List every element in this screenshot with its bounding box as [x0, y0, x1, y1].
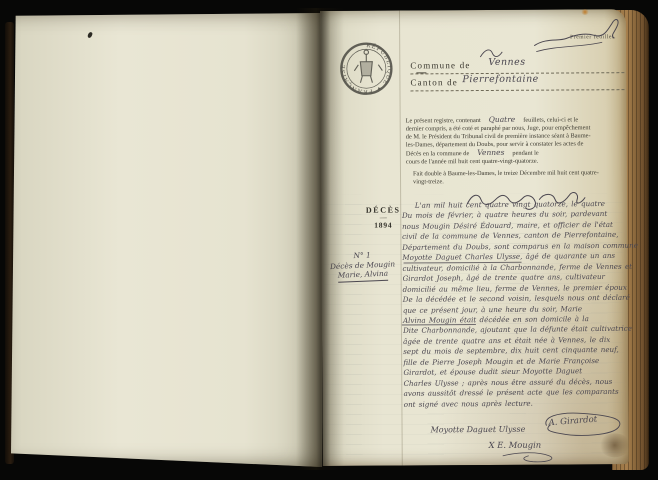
canton-value-handwritten: Pierrefontaine: [462, 74, 538, 85]
commune-row: Commune de Vennes: [410, 59, 624, 74]
act-line: De la décédée et le second voisin, lesqu…: [403, 293, 632, 306]
fait-double-clause: Fait double à Baume-les-Dames, le treize…: [413, 169, 625, 187]
death-act-text: L'an mil huit cent quatre vingt quatorze…: [402, 199, 633, 410]
handwritten-paraph-top: [532, 11, 628, 58]
register-photo: RÉPUBLIQUE ✦ FRANÇAISE Premier feuillet.…: [0, 0, 658, 480]
left-blank-page: [11, 13, 322, 467]
printed-preamble: Le présent registre, contenantQuatrefeui…: [406, 115, 625, 167]
feuillets-count-handwritten: Quatre: [481, 115, 524, 124]
deceased-name-line2: Marie, Alvina: [338, 269, 389, 283]
signature-mougin: X E. Mougin: [489, 440, 542, 450]
ink-spot: [87, 31, 93, 38]
commune-dash: [416, 72, 426, 73]
commune-label: Commune de: [410, 60, 470, 70]
commune-name-handwritten: Vennes: [469, 148, 512, 157]
act-line: ont signé avec nous après lecture.: [404, 397, 633, 410]
republique-francaise-stamp: RÉPUBLIQUE ✦ FRANÇAISE: [338, 41, 394, 97]
mougin-flourish: [499, 450, 559, 466]
stamp-figure: [354, 50, 382, 83]
act-line: avons aussitôt dressé le présent acte qu…: [404, 387, 633, 400]
canton-row: Canton de Pierrefontaine: [410, 76, 624, 91]
register-page: RÉPUBLIQUE ✦ FRANÇAISE Premier feuillet.…: [320, 9, 629, 466]
preamble-line: cours de l'année mil huit cent quatre-vi…: [406, 158, 625, 167]
signature-moyotte: Moyotte Daguet Ulysse: [431, 425, 526, 435]
margin-note: N° 1 Décès de Mougin Marie, Alvina: [321, 249, 404, 283]
corner-stain: [599, 433, 631, 457]
section-year: 1894: [365, 221, 401, 230]
section-header: DÉCÈS — 1894: [365, 206, 401, 230]
handwritten-mark: [478, 46, 504, 60]
foxing-spot: [581, 9, 589, 15]
canton-label: Canton de: [410, 77, 458, 87]
